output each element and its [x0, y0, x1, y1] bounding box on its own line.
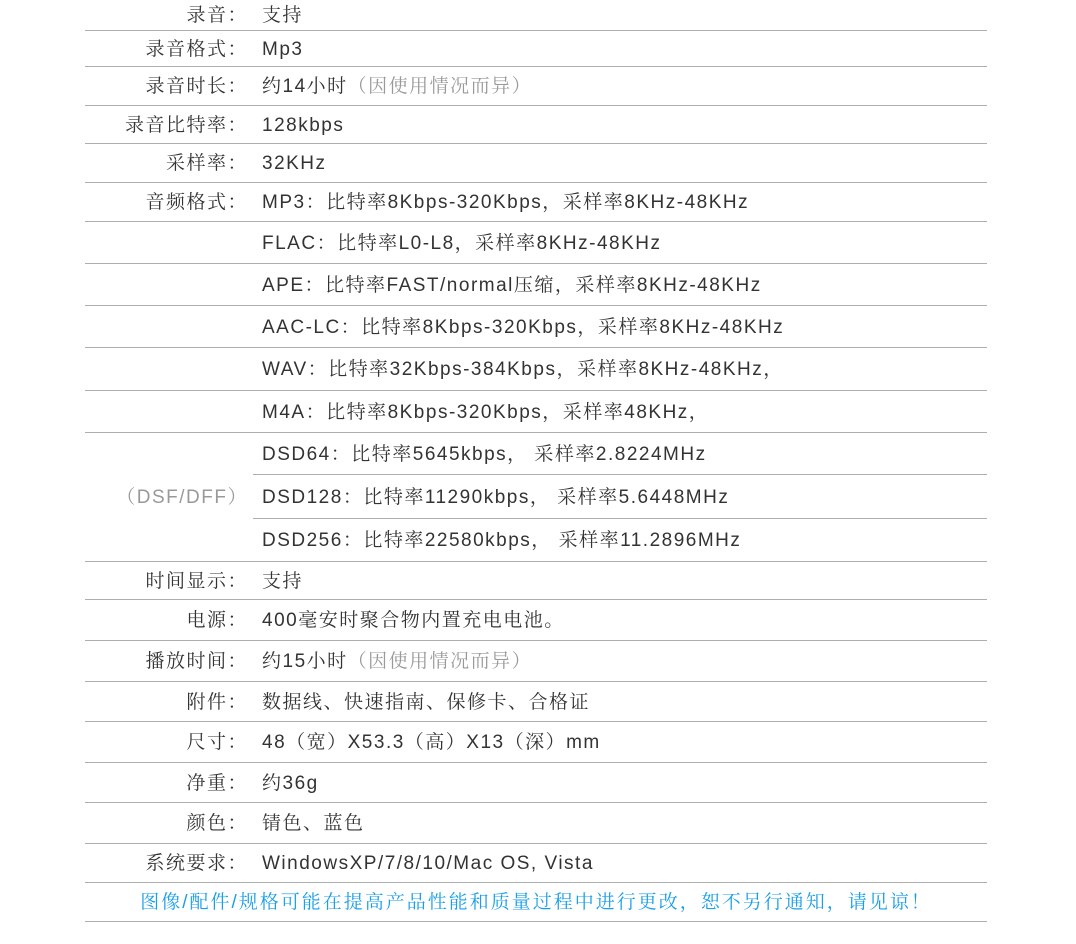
spec-value: 48（宽）X53.3（高）X13（深）mm — [248, 733, 601, 752]
spec-label: 净重： — [85, 774, 248, 793]
spec-value-text: DSD128：比特率11290kbps， 采样率5.6448MHz — [262, 487, 729, 508]
spec-value: 支持 — [248, 572, 303, 591]
spec-row: 尺寸：48（宽）X53.3（高）X13（深）mm — [85, 722, 987, 763]
spec-row: 时间显示：支持 — [85, 562, 987, 600]
spec-value-text: 约36g — [262, 773, 319, 794]
spec-value-text: 支持 — [262, 571, 303, 592]
spec-value: M4A：比特率8Kbps-320Kbps，采样率48KHz， — [248, 403, 709, 422]
spec-label: 尺寸： — [85, 733, 248, 752]
spec-row: 录音比特率：128kbps — [85, 106, 987, 144]
spec-value-text: WAV：比特率32Kbps-384Kbps，采样率8KHz-48KHz， — [262, 359, 784, 380]
spec-row: FLAC：比特率L0-L8，采样率8KHz-48KHz — [85, 222, 987, 264]
spec-label: 音频格式： — [85, 193, 248, 212]
spec-row: 电源：400毫安时聚合物内置充电电池。 — [85, 600, 987, 641]
spec-value: 锖色、蓝色 — [248, 814, 365, 833]
spec-value: 32KHz — [248, 154, 327, 173]
spec-value: 约14小时（因使用情况而异） — [248, 77, 532, 96]
spec-label: 采样率： — [85, 154, 248, 173]
spec-value: APE：比特率FAST/normal压缩，采样率8KHz-48KHz — [248, 276, 762, 295]
spec-value: DSD64：比特率5645kbps， 采样率2.8224MHz — [248, 445, 707, 464]
spec-value-text: 128kbps — [262, 115, 344, 136]
spec-row: 系统要求：WindowsXP/7/8/10/Mac OS, Vista — [85, 844, 987, 883]
spec-row: 颜色：锖色、蓝色 — [85, 803, 987, 844]
spec-value-text: DSD64：比特率5645kbps， 采样率2.8224MHz — [262, 444, 707, 465]
disclaimer-text: 图像/配件/规格可能在提高产品性能和质量过程中进行更改，恕不另行通知，请见谅！ — [85, 893, 987, 912]
spec-row: 采样率：32KHz — [85, 144, 987, 183]
spec-label: 录音格式： — [85, 40, 248, 59]
spec-value: DSD256：比特率22580kbps， 采样率11.2896MHz — [248, 531, 741, 550]
spec-value: WindowsXP/7/8/10/Mac OS, Vista — [248, 854, 594, 873]
row-divider — [85, 921, 987, 922]
spec-value: WAV：比特率32Kbps-384Kbps，采样率8KHz-48KHz， — [248, 360, 784, 379]
spec-value-text: M4A：比特率8Kbps-320Kbps，采样率48KHz， — [262, 402, 709, 423]
spec-label: 时间显示： — [85, 572, 248, 591]
spec-value-text: DSD256：比特率22580kbps， 采样率11.2896MHz — [262, 530, 741, 551]
spec-row: 录音格式：Mp3 — [85, 31, 987, 67]
spec-label: 颜色： — [85, 814, 248, 833]
spec-value-text: APE：比特率FAST/normal压缩，采样率8KHz-48KHz — [262, 275, 762, 296]
spec-value: MP3：比特率8Kbps-320Kbps，采样率8KHz-48KHz — [248, 193, 749, 212]
spec-value: 支持 — [248, 6, 303, 25]
spec-rows: 录音：支持录音格式：Mp3录音时长：约14小时（因使用情况而异）录音比特率：12… — [85, 0, 987, 883]
spec-value-text: Mp3 — [262, 39, 303, 60]
spec-value-text: WindowsXP/7/8/10/Mac OS, Vista — [262, 853, 594, 874]
spec-value-note: （因使用情况而异） — [348, 651, 533, 672]
spec-label: 录音比特率： — [85, 116, 248, 135]
spec-value: FLAC：比特率L0-L8，采样率8KHz-48KHz — [248, 234, 661, 253]
spec-label: 录音时长： — [85, 77, 248, 96]
spec-row: 录音时长：约14小时（因使用情况而异） — [85, 67, 987, 106]
spec-table: 录音：支持录音格式：Mp3录音时长：约14小时（因使用情况而异）录音比特率：12… — [85, 0, 987, 922]
spec-label: 播放时间： — [85, 652, 248, 671]
spec-value-text: 48（宽）X53.3（高）X13（深）mm — [262, 732, 601, 753]
spec-row: 净重：约36g — [85, 763, 987, 803]
spec-label: 附件： — [85, 693, 248, 712]
spec-value-text: 锖色、蓝色 — [262, 813, 365, 834]
spec-value: 400毫安时聚合物内置充电电池。 — [248, 611, 565, 630]
spec-value-text: AAC-LC：比特率8Kbps-320Kbps，采样率8KHz-48KHz — [262, 317, 784, 338]
spec-value-text: MP3：比特率8Kbps-320Kbps，采样率8KHz-48KHz — [262, 192, 749, 213]
spec-value: Mp3 — [248, 40, 303, 59]
notice-row: 图像/配件/规格可能在提高产品性能和质量过程中进行更改，恕不另行通知，请见谅！ — [85, 883, 987, 922]
spec-value: 数据线、快速指南、保修卡、合格证 — [248, 693, 590, 712]
spec-label: （DSF/DFF） — [85, 488, 248, 507]
spec-label: 电源： — [85, 611, 248, 630]
spec-row: 音频格式：MP3：比特率8Kbps-320Kbps，采样率8KHz-48KHz — [85, 183, 987, 222]
spec-value-text: 400毫安时聚合物内置充电电池。 — [262, 610, 565, 631]
spec-value-text: 数据线、快速指南、保修卡、合格证 — [262, 692, 590, 713]
spec-value: 约36g — [248, 774, 319, 793]
spec-row: DSD256：比特率22580kbps， 采样率11.2896MHz — [85, 519, 987, 562]
spec-value-text: 支持 — [262, 5, 303, 26]
spec-row: APE：比特率FAST/normal压缩，采样率8KHz-48KHz — [85, 264, 987, 306]
spec-label: 录音： — [85, 6, 248, 25]
spec-row: 附件：数据线、快速指南、保修卡、合格证 — [85, 682, 987, 722]
spec-row: （DSF/DFF）DSD128：比特率11290kbps， 采样率5.6448M… — [85, 475, 987, 519]
spec-value: AAC-LC：比特率8Kbps-320Kbps，采样率8KHz-48KHz — [248, 318, 784, 337]
spec-value-text: 32KHz — [262, 153, 327, 174]
spec-row: 播放时间：约15小时（因使用情况而异） — [85, 641, 987, 682]
spec-row: M4A：比特率8Kbps-320Kbps，采样率48KHz， — [85, 391, 987, 433]
spec-value: 约15小时（因使用情况而异） — [248, 652, 532, 671]
spec-value-text: FLAC：比特率L0-L8，采样率8KHz-48KHz — [262, 233, 661, 254]
spec-value-text: 约15小时 — [262, 651, 348, 672]
spec-row: AAC-LC：比特率8Kbps-320Kbps，采样率8KHz-48KHz — [85, 306, 987, 348]
spec-value-note: （因使用情况而异） — [348, 76, 533, 97]
spec-row: DSD64：比特率5645kbps， 采样率2.8224MHz — [85, 433, 987, 475]
spec-value-text: 约14小时 — [262, 76, 348, 97]
spec-value: 128kbps — [248, 116, 344, 135]
spec-label: 系统要求： — [85, 854, 248, 873]
spec-row: 录音：支持 — [85, 0, 987, 31]
spec-value: DSD128：比特率11290kbps， 采样率5.6448MHz — [248, 488, 729, 507]
spec-row: WAV：比特率32Kbps-384Kbps，采样率8KHz-48KHz， — [85, 348, 987, 391]
